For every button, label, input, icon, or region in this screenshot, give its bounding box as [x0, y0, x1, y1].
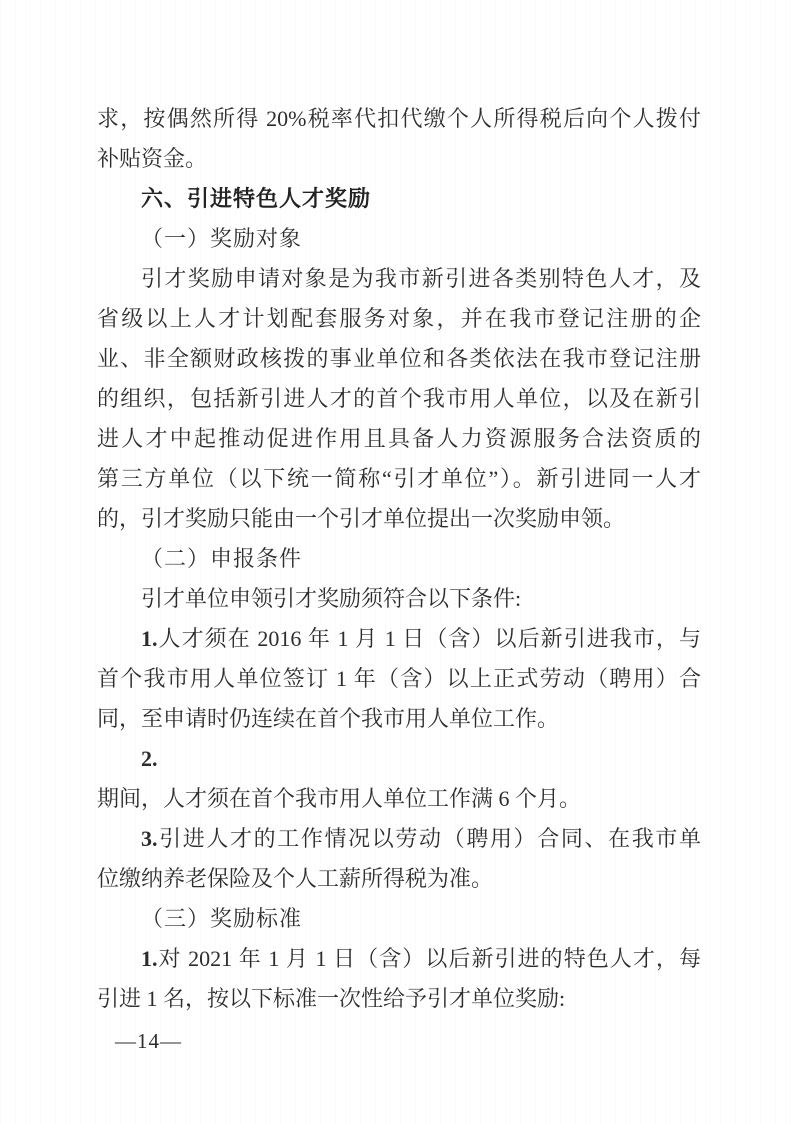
- list-text: 对 2021 年 1 月 1 日（含）以后新引进的特色人才，每: [158, 946, 702, 971]
- body-line: 引才单位申领引才奖励须符合以下条件:: [97, 579, 701, 619]
- document-body: 求，按偶然所得 20%税率代扣代缴个人所得税后向个人拨付 补贴资金。 六、引进特…: [97, 99, 701, 1019]
- body-line: 省级以上人才计划配套服务对象，并在我市登记注册的企: [97, 299, 701, 339]
- body-line: 同，至申请时仍连续在首个我市用人单位工作。: [97, 699, 701, 739]
- subsection-heading: （一）奖励对象: [97, 219, 701, 259]
- body-line: 位缴纳养老保险及个人工薪所得税为准。: [97, 859, 701, 899]
- list-item-line: 2.在人才获特色人才认定评定当月（含）至申请当月（含）: [97, 739, 701, 779]
- list-number: 2.: [141, 746, 158, 771]
- body-line: 引进 1 名，按以下标准一次性给予引才单位奖励:: [97, 979, 701, 1019]
- body-line: 第三方单位（以下统一简称“引才单位”）。新引进同一人才: [97, 459, 701, 499]
- document-page: 求，按偶然所得 20%税率代扣代缴个人所得税后向个人拨付 补贴资金。 六、引进特…: [0, 0, 794, 1123]
- body-line: 首个我市用人单位签订 1 年（含）以上正式劳动（聘用）合: [97, 659, 701, 699]
- body-line: 期间，人才须在首个我市用人单位工作满 6 个月。: [97, 779, 701, 819]
- body-line: 的组织，包括新引进人才的首个我市用人单位，以及在新引: [97, 379, 701, 419]
- list-item-line: 1.人才须在 2016 年 1 月 1 日（含）以后新引进我市，与: [97, 619, 701, 659]
- list-text: 人才须在 2016 年 1 月 1 日（含）以后新引进我市，与: [158, 626, 702, 651]
- body-line: 补贴资金。: [97, 139, 701, 179]
- page-number: —14—: [115, 1026, 182, 1056]
- list-number: 1.: [141, 946, 158, 971]
- body-line: 业、非全额财政核拨的事业单位和各类依法在我市登记注册: [97, 339, 701, 379]
- subsection-heading: （二）申报条件: [97, 539, 701, 579]
- body-line: 进人才中起推动促进作用且具备人力资源服务合法资质的: [97, 419, 701, 459]
- list-item-line: 1.对 2021 年 1 月 1 日（含）以后新引进的特色人才，每: [97, 939, 701, 979]
- list-item-line: 3.引进人才的工作情况以劳动（聘用）合同、在我市单: [97, 819, 701, 859]
- body-line: 求，按偶然所得 20%税率代扣代缴个人所得税后向个人拨付: [97, 99, 701, 139]
- list-text: 引进人才的工作情况以劳动（聘用）合同、在我市单: [158, 826, 702, 851]
- section-heading: 六、引进特色人才奖励: [97, 179, 701, 219]
- list-number: 1.: [141, 626, 158, 651]
- list-number: 3.: [141, 826, 158, 851]
- body-line: 的，引才奖励只能由一个引才单位提出一次奖励申领。: [97, 499, 701, 539]
- subsection-heading: （三）奖励标准: [97, 899, 701, 939]
- body-line: 引才奖励申请对象是为我市新引进各类别特色人才，及: [97, 259, 701, 299]
